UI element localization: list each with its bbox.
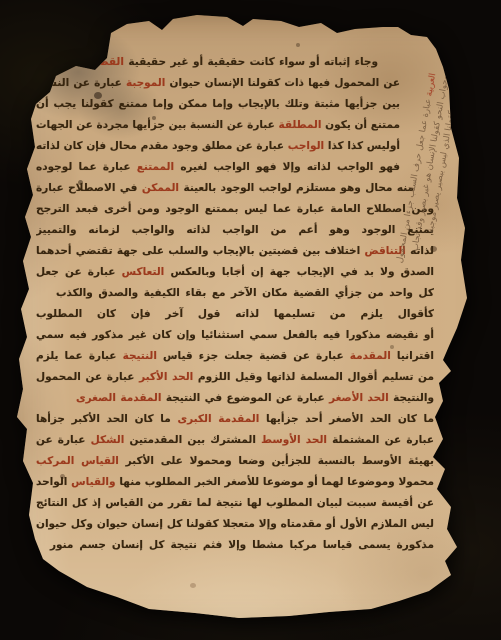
rubric-term: الموجبة	[126, 77, 165, 89]
rubric-term: المقدمة الكبرى	[177, 413, 259, 425]
age-spot	[190, 583, 196, 588]
text-line: ما كان الحد الأصغر أحد جزأيها المقدمة ال…	[36, 409, 434, 430]
ink-text: محمولا وموضوعا لهما أو موضوعا للأصغر الخ…	[116, 476, 434, 488]
rubric-term: القياس المركب	[36, 455, 119, 467]
text-line: الصدق ولا بد في الإيجاب جهة إن أجابا وبا…	[36, 262, 434, 283]
ink-text: والنتيجة	[389, 392, 434, 404]
ink-text: عبارة عن الموضوع في النتيجة	[161, 392, 329, 404]
rubric-term: القضية	[88, 56, 124, 68]
text-line: كأقوال يلزم من تسليمها لذاته قول آخر فإن…	[36, 304, 434, 325]
main-text-block: وجاء إثباته أو سواء كانت حقيقية أو غير ح…	[36, 52, 434, 556]
ink-text: بصير موجبة	[458, 79, 475, 124]
ink-text: عبارة عن جعل	[36, 266, 122, 278]
text-line: وجاء إثباته أو سواء كانت حقيقية أو غير ح…	[36, 52, 434, 73]
text-line: عبارة عن المشتملة الحد الأوسط المشترك بي…	[36, 430, 434, 451]
text-line: ومن اصطلاح العامة عبارة عما ليس بممتنع ا…	[36, 199, 434, 220]
age-spot	[296, 43, 300, 47]
ink-text: كل واحد من جزأي القضية مكان الآخر مع بقا…	[56, 287, 434, 299]
photo-background: وجاء إثباته أو سواء كانت حقيقية أو غير ح…	[0, 0, 501, 640]
rubric-term: النتيجة	[123, 350, 157, 362]
text-line: أوليس كذا كذا الواجب عبارة عن مطلق وجود …	[36, 136, 434, 157]
text-line: عن أقيسة سببت لبيان المطلوب لها نتيجة لم…	[36, 493, 434, 514]
ink-text: مذكورة يسمى قياسا مركبا مشطا وإلا فثم نت…	[50, 539, 434, 551]
text-line: بين جزأيها مثبتة وتلك بالإيجاب وإما ممكن…	[36, 94, 434, 115]
rubric-term: المطلقة	[278, 119, 321, 131]
rubric-term: حيوانية	[454, 122, 468, 147]
ink-text: الواحد	[36, 476, 71, 488]
text-line: فهو الواجب لذاته وإلا فهو الواجب لغيره ا…	[36, 157, 434, 178]
rubric-term: الممكن	[142, 182, 179, 194]
text-line: ليس الملازم الأول أو مقدمتاه وإلا متعجلا…	[36, 514, 434, 535]
text-line: من تسليم أقوال المسلمة لذاتها وقيل اللزو…	[36, 367, 434, 388]
ink-text: ممتنع أن يكون	[321, 119, 400, 131]
rubric-term: الممتنع	[137, 161, 174, 173]
ink-text: بهيئة الأوسط بالنسبة للجزأين وضعا ومحمول…	[119, 455, 434, 467]
ink-text: فهو الواجب لذاته وإلا فهو الواجب لغيره	[174, 161, 400, 173]
rubric-term: الحد الأوسط	[261, 434, 327, 446]
ink-text: بين جزأيها مثبتة وتلك بالإيجاب وإما ممكن…	[36, 98, 400, 115]
manuscript-page-wrap: وجاء إثباته أو سواء كانت حقيقية أو غير ح…	[0, 0, 501, 640]
text-line: كل واحد من جزأي القضية مكان الآخر مع بقا…	[36, 283, 434, 304]
ink-text: من تسليم أقوال المسلمة لذاتها وقيل اللزو…	[193, 371, 434, 383]
ink-text: يمتنع الوجود وهو أعم من الواجب لذاته وال…	[36, 224, 434, 236]
rubric-term: الواجب	[288, 140, 324, 152]
ink-text: كأقوال يلزم من تسليمها لذاته قول آخر فإن…	[36, 308, 434, 320]
ink-text: عن المحمول فيها ذات كقولنا الإنسان حيوان	[165, 77, 400, 89]
rubric-term: الحد الأصغر	[329, 392, 389, 404]
rubric-term: التعاكس	[122, 266, 165, 278]
ink-text: ومن اصطلاح العامة عبارة عما ليس بممتنع ا…	[36, 203, 434, 215]
rubric-term: المقدمة الصغرى	[76, 392, 161, 404]
text-line: عن المحمول فيها ذات كقولنا الإنسان حيوان…	[36, 73, 434, 94]
ink-text: عبارة عن مطلق وجود مقدم محال فإن كان لذا…	[36, 140, 288, 152]
ink-text: ما كان الحد الأصغر أحد جزأيها	[259, 413, 434, 425]
ink-text: وجاء إثباته أو سواء كانت حقيقية أو غير ح…	[124, 56, 378, 68]
text-line: اقترانيا المقدمة عبارة عن قضية جعلت جزء …	[36, 346, 434, 367]
text-line: مذكورة يسمى قياسا مركبا مشطا وإلا فثم نت…	[36, 535, 434, 556]
ink-text: عن أقيسة سببت لبيان المطلوب لها نتيجة لم…	[36, 497, 434, 514]
text-line: منه محال وهو مستلزم لواجب الوجود بالعينة…	[36, 178, 434, 199]
ink-text: ما كان الحد الأكبر جزأها	[36, 413, 177, 425]
ink-text: أوليس كذا كذا	[324, 140, 400, 152]
text-line: يمتنع الوجود وهو أعم من الواجب لذاته وال…	[36, 220, 434, 241]
rubric-term: والقياس	[71, 476, 115, 488]
text-line: ممتنع أن يكون المطلقة عبارة عن النسبة بي…	[36, 115, 434, 136]
text-line: بهيئة الأوسط بالنسبة للجزأين وضعا ومحمول…	[36, 451, 434, 472]
rubric-term: المقدمة	[350, 350, 391, 362]
rubric-term: الحد الأكبر	[139, 371, 193, 383]
ink-text: اقترانيا	[391, 350, 434, 362]
ink-text: عبارة عن المحمول	[36, 371, 139, 383]
ink-text: عبارة عما يلزم	[36, 350, 123, 362]
ink-text: عبارة عن قضية جعلت جزء قياس	[157, 350, 350, 362]
rubric-term: الشكل	[91, 434, 125, 446]
ink-text: اختلاف بين قضيتين بالإيجاب والسلب على جه…	[36, 245, 365, 257]
ink-text: منه محال وهو مستلزم لواجب الوجود بالعينة	[179, 182, 414, 194]
ink-text: ليس الملازم الأول أو مقدمتاه وإلا متعجلا…	[36, 518, 434, 535]
manuscript-page: وجاء إثباته أو سواء كانت حقيقية أو غير ح…	[0, 0, 501, 640]
ink-text: عبارة عن	[36, 434, 91, 446]
text-line: أو نقيضه مذكورا فيه بالفعل سمي استثنائيا…	[36, 325, 434, 346]
text-line: والنتيجة الحد الأصغر عبارة عن الموضوع في…	[36, 388, 434, 409]
ink-text: المشترك بين المقدمتين	[124, 434, 261, 446]
ink-text: عبارة عن النسبة بين جزأيها مجردة عن الجه…	[36, 119, 278, 131]
text-line: محمولا وموضوعا لهما أو موضوعا للأصغر الخ…	[36, 472, 434, 493]
ink-text: أو نقيضه مذكورا فيه بالفعل سمي استثنائيا…	[36, 329, 434, 341]
text-line: لذاته التناقض اختلاف بين قضيتين بالإيجاب…	[36, 241, 434, 262]
ink-text: عبارة عن المشتملة	[327, 434, 434, 446]
